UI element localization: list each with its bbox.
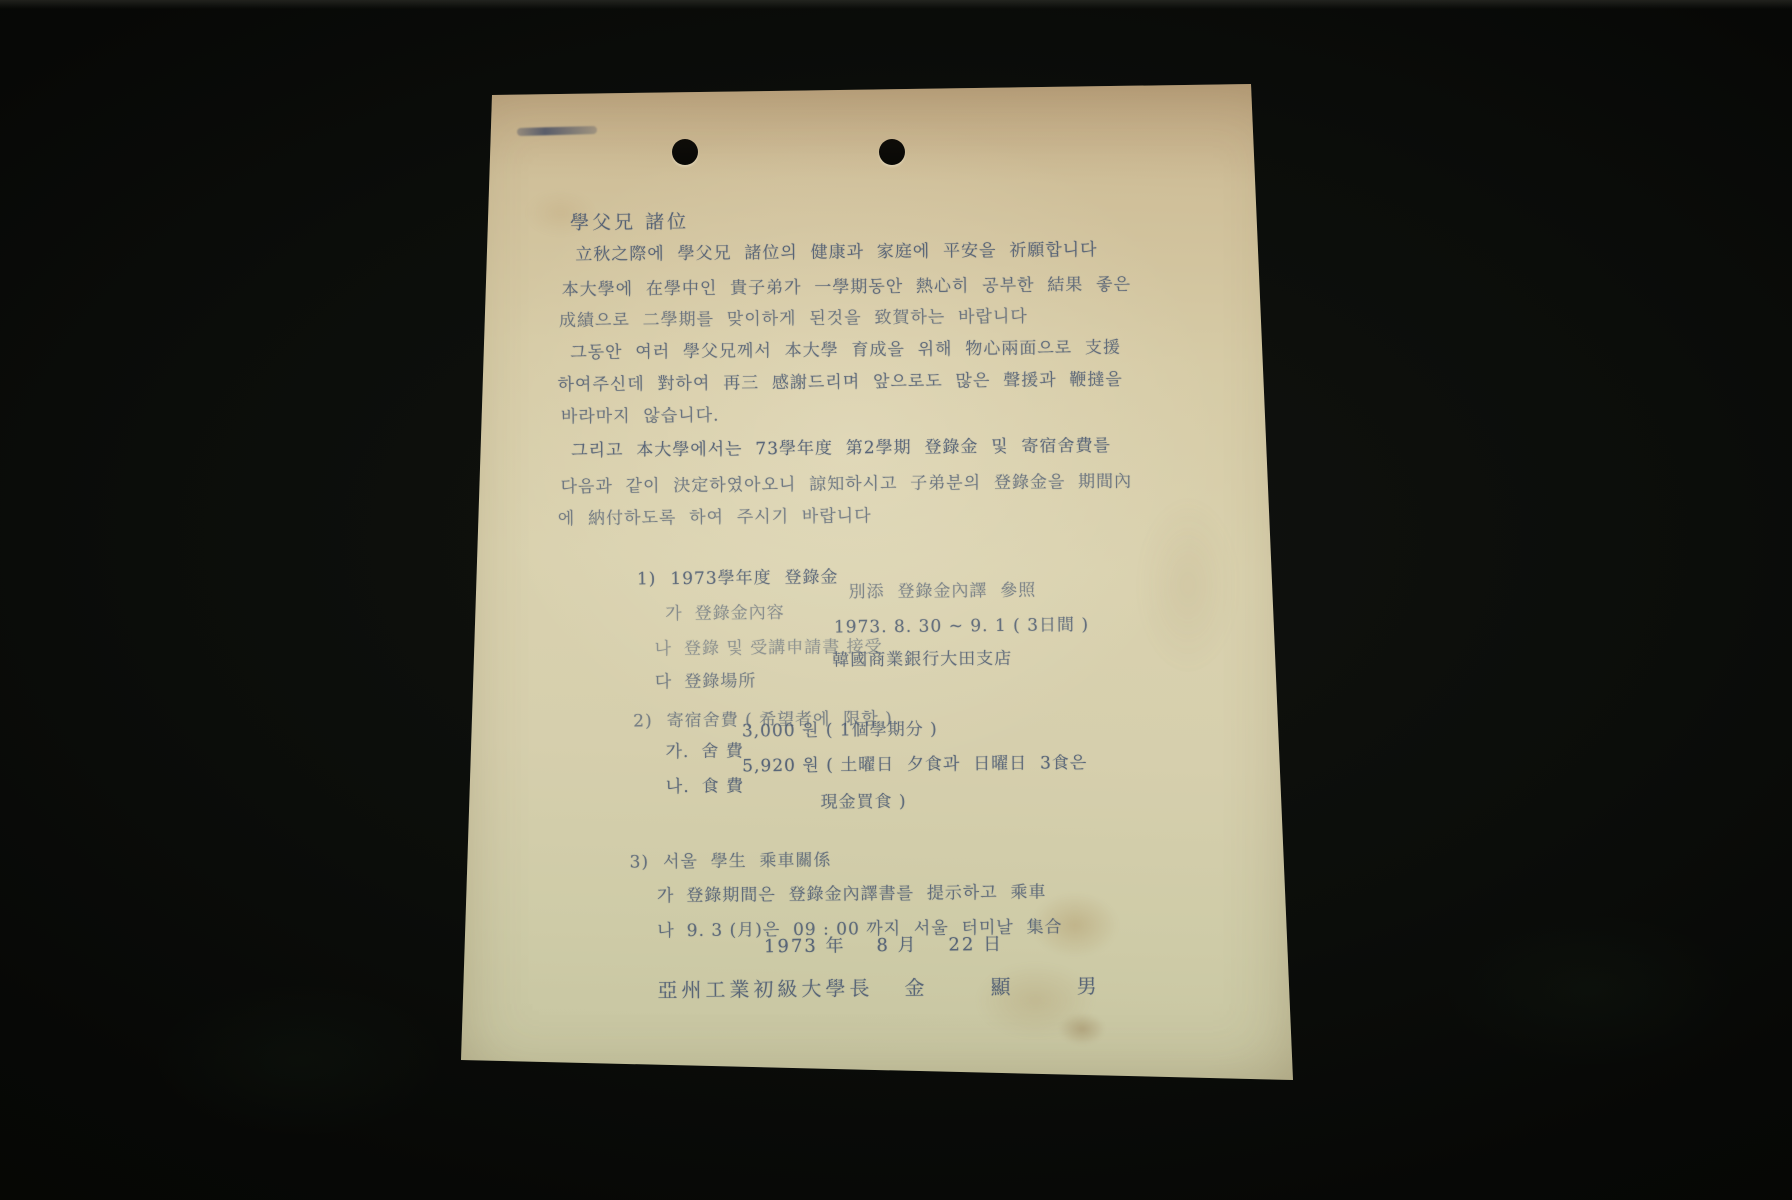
row-value: 別添 登錄金內譯 參照 <box>848 576 1036 603</box>
letter-date: 1973 年 8 月 22 日 <box>764 930 1003 958</box>
letter-signature: 亞州工業初級大學長 金 顯 男 <box>657 970 1101 1003</box>
row-value-continuation: 現金買食 ) <box>820 787 906 813</box>
body-line: 立秋之際에 學父兄 諸位의 健康과 家庭에 平安을 祈願합니다 <box>575 235 1097 265</box>
body-line: 에 納付하도록 하여 주시기 바랍니다 <box>558 501 872 529</box>
letter-salutation: 學父兄 諸位 <box>570 207 689 235</box>
row-value: 韓國商業銀行大田支店 <box>832 644 1012 671</box>
body-line: 그동안 여러 學父兄께서 本大學 育成을 위해 物心兩面으로 支援 <box>570 333 1121 363</box>
row-marker: 나 <box>657 921 675 941</box>
photo-backdrop: { "scene": { "colors": { "backdrop": "#0… <box>0 0 1792 1200</box>
photo-haze <box>1380 880 1792 1100</box>
body-line: 그리고 本大學에서는 73學年度 第2學期 登錄金 및 寄宿舍費를 <box>571 431 1111 461</box>
photo-haze <box>90 950 510 1170</box>
body-line: 成績으로 二學期를 맞이하게 된것을 致賀하는 바랍니다 <box>559 302 1028 331</box>
document-paper: 學父兄 諸位 立秋之際에 學父兄 諸位의 健康과 家庭에 平安을 祈願합니다 本… <box>455 80 1297 1088</box>
section-row: 나.食 費 5,920 원 ( 土曜日 夕食과 日曜日 3食은 <box>627 751 744 837</box>
body-line: 바라마지 않습니다. <box>561 401 720 428</box>
row-marker: 나. <box>666 777 690 797</box>
row-value: 3,000 원 ( 1個學期分 ) <box>742 715 938 742</box>
photo-top-light-band <box>0 0 1792 9</box>
row-value: 1973. 8. 30 ~ 9. 1 ( 3日間 ) <box>834 610 1089 637</box>
letter-text: 學父兄 諸位 立秋之際에 學父兄 諸位의 健康과 家庭에 平安을 祈願합니다 本… <box>454 73 1306 1089</box>
row-label: 食 費 <box>702 776 745 796</box>
body-line: 本大學에 在學中인 貴子弟가 一學期동안 熱心히 공부한 結果 좋은 <box>562 270 1132 300</box>
body-line: 하여주신데 對하여 再三 感謝드리며 앞으로도 많은 聲援과 鞭撻을 <box>557 365 1122 395</box>
row-value: 5,920 원 ( 土曜日 夕食과 日曜日 3食은 <box>742 748 1087 776</box>
body-line: 다음과 같이 決定하였아오니 諒知하시고 子弟분의 登錄金을 期間內 <box>560 467 1132 497</box>
